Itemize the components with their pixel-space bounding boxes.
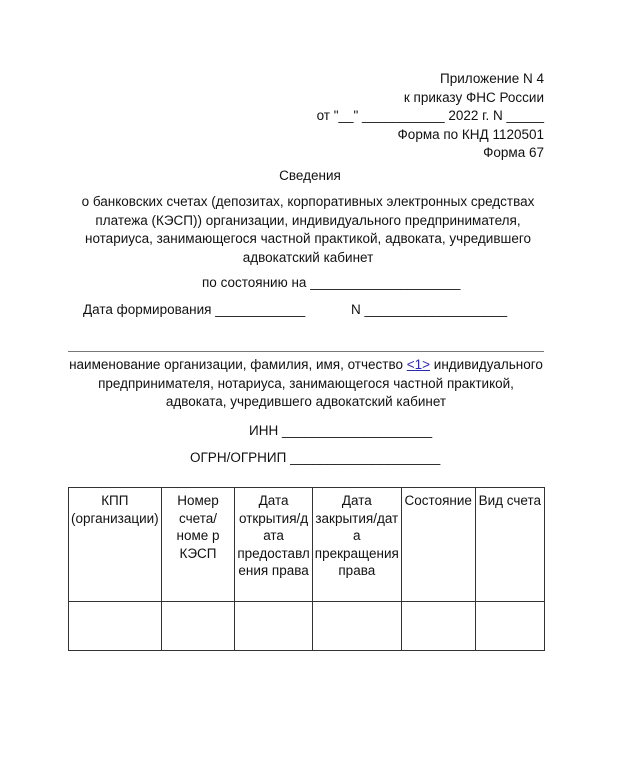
- name-underline: [68, 351, 544, 352]
- table-header-row: КПП (организации) Номер счета/номе р КЭС…: [69, 488, 545, 602]
- table-row: [69, 602, 545, 651]
- table-cell[interactable]: [312, 602, 401, 651]
- table-cell[interactable]: [161, 602, 235, 651]
- order-date-line: от "__" ___________ 2022 г. N _____: [317, 107, 544, 126]
- accounts-table: КПП (организации) Номер счета/номе р КЭС…: [68, 487, 545, 651]
- ogrn-field: ОГРН/ОГРНИП ____________________: [190, 450, 440, 465]
- column-header-open-date: Дата открытия/д ата предоставл ения прав…: [235, 488, 312, 602]
- column-header-status: Состояние: [401, 488, 475, 602]
- number-field: N ___________________: [351, 302, 507, 317]
- table-cell[interactable]: [401, 602, 475, 651]
- column-header-account-number: Номер счета/номе р КЭСП: [161, 488, 235, 602]
- table-cell[interactable]: [69, 602, 162, 651]
- table-cell[interactable]: [475, 602, 544, 651]
- inn-value[interactable]: ____________________: [282, 423, 432, 438]
- as-of-value[interactable]: ____________________: [310, 275, 460, 290]
- number-value[interactable]: ___________________: [365, 302, 508, 317]
- form-number-line: Форма 67: [317, 144, 544, 163]
- appendix-line: Приложение N 4: [317, 70, 544, 89]
- inn-label: ИНН: [249, 423, 278, 438]
- knd-line: Форма по КНД 1120501: [317, 126, 544, 145]
- column-header-account-type: Вид счета: [475, 488, 544, 602]
- document-title: Сведения: [0, 168, 620, 183]
- form-header: Приложение N 4 к приказу ФНС России от "…: [317, 70, 544, 163]
- caption-text-start: наименование организации, фамилия, имя, …: [69, 357, 407, 372]
- formation-date-label: Дата формирования: [83, 302, 211, 317]
- formation-date-field: Дата формирования ____________: [83, 302, 305, 317]
- column-header-close-date: Дата закрытия/дат а прекращения права: [312, 488, 401, 602]
- order-line: к приказу ФНС России: [317, 89, 544, 108]
- ogrn-value[interactable]: ____________________: [290, 450, 440, 465]
- document-subtitle: о банковских счетах (депозитах, корпорат…: [70, 193, 546, 267]
- ogrn-label: ОГРН/ОГРНИП: [190, 450, 286, 465]
- column-header-kpp: КПП (организации): [69, 488, 162, 602]
- inn-field: ИНН ____________________: [249, 423, 432, 438]
- as-of-label: по состоянию на: [202, 275, 306, 290]
- number-label: N: [351, 302, 361, 317]
- as-of-field: по состоянию на ____________________: [202, 275, 460, 290]
- table-cell[interactable]: [235, 602, 312, 651]
- name-caption: наименование организации, фамилия, имя, …: [68, 356, 544, 412]
- footnote-link[interactable]: <1>: [407, 357, 430, 372]
- formation-date-value[interactable]: ____________: [215, 302, 305, 317]
